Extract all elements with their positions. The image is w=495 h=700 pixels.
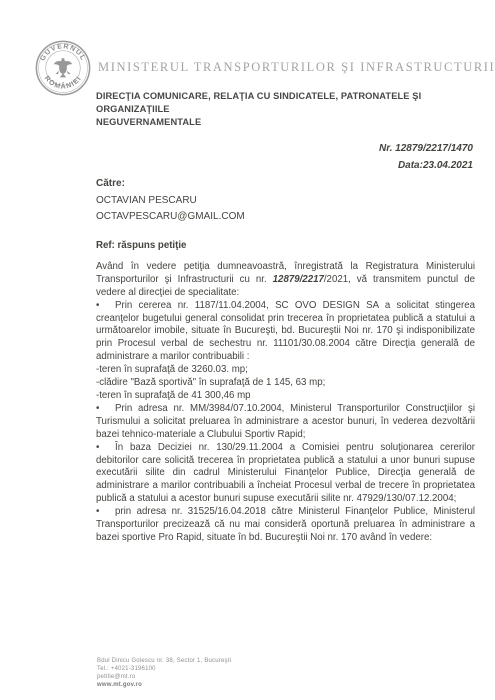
bullet-icon: • — [96, 300, 115, 313]
intro-paragraph: Având în vedere petiţia dumneavoastră, î… — [96, 261, 475, 300]
coat-of-arms-icon — [54, 58, 73, 77]
department-title-line2: NEGUVERNAMENTALE — [96, 117, 201, 127]
bullet-text: Prin cererea nr. 1187/11.04.2004, SC OVO… — [96, 300, 475, 363]
department-title-line1: DIRECŢIA COMUNICARE, RELAŢIA CU SINDICAT… — [96, 91, 421, 114]
intro-reference-number: 12879/2217 — [273, 274, 324, 285]
bullet-icon: • — [96, 506, 115, 519]
footer-address: Bdul Dinicu Golescu nr. 38, Sector 1, Bu… — [97, 657, 231, 665]
letter-body: Ref: răspuns petiţie Având în vedere pet… — [96, 240, 475, 545]
doc-number: Nr. 12879/2217/1470 — [379, 140, 473, 157]
recipient-name: OCTAVIAN PESCARU — [96, 193, 245, 210]
bullet-item: •Prin cererea nr. 1187/11.04.2004, SC OV… — [96, 300, 475, 365]
ministry-title: MINISTERUL TRANSPORTURILOR ŞI INFRASTRUC… — [98, 60, 478, 75]
doc-date: Data:23.04.2021 — [379, 157, 473, 174]
document-meta: Nr. 12879/2217/1470 Data:23.04.2021 — [379, 140, 473, 174]
subject-line: Ref: răspuns petiţie — [96, 240, 475, 253]
department-title: DIRECŢIA COMUNICARE, RELAŢIA CU SINDICAT… — [96, 90, 481, 129]
bullet-item: •În baza Deciziei nr. 130/29.11.2004 a C… — [96, 442, 475, 507]
sublist-item: -teren în suprafaţă de 41 300,46 mp — [96, 390, 475, 403]
bullet-item: •prin adresa nr. 31525/16.04.2018 către … — [96, 506, 475, 545]
bullet-icon: • — [96, 403, 115, 416]
bullet-item: •Prin adresa nr. MM/3984/07.10.2004, Min… — [96, 403, 475, 442]
bullet-text: În baza Deciziei nr. 130/29.11.2004 a Co… — [96, 442, 475, 505]
bullet-icon: • — [96, 442, 115, 455]
recipient-block: Către: OCTAVIAN PESCARU OCTAVPESCARU@GMA… — [96, 176, 245, 226]
letter-footer: Bdul Dinicu Golescu nr. 38, Sector 1, Bu… — [97, 657, 231, 689]
government-seal-icon: GUVERNUL ROMÂNIEI — [35, 40, 91, 96]
recipient-label: Către: — [96, 176, 245, 193]
sublist-item: -teren în suprafaţă de 3260.03. mp; — [96, 364, 475, 377]
footer-email: petitie@mt.ro — [97, 673, 231, 681]
bullet-text: prin adresa nr. 31525/16.04.2018 către M… — [96, 506, 475, 543]
footer-website: www.mt.gov.ro — [97, 681, 231, 689]
recipient-email: OCTAVPESCARU@GMAIL.COM — [96, 209, 245, 226]
footer-phone: Tel.: +4021-3196100 — [97, 665, 231, 673]
letter-page: GUVERNUL ROMÂNIEI MINISTERUL TRANSPORTUR… — [0, 0, 495, 700]
bullet-text: Prin adresa nr. MM/3984/07.10.2004, Mini… — [96, 403, 475, 440]
sublist-item: -clădire "Bază sportivă" în suprafaţă de… — [96, 377, 475, 390]
